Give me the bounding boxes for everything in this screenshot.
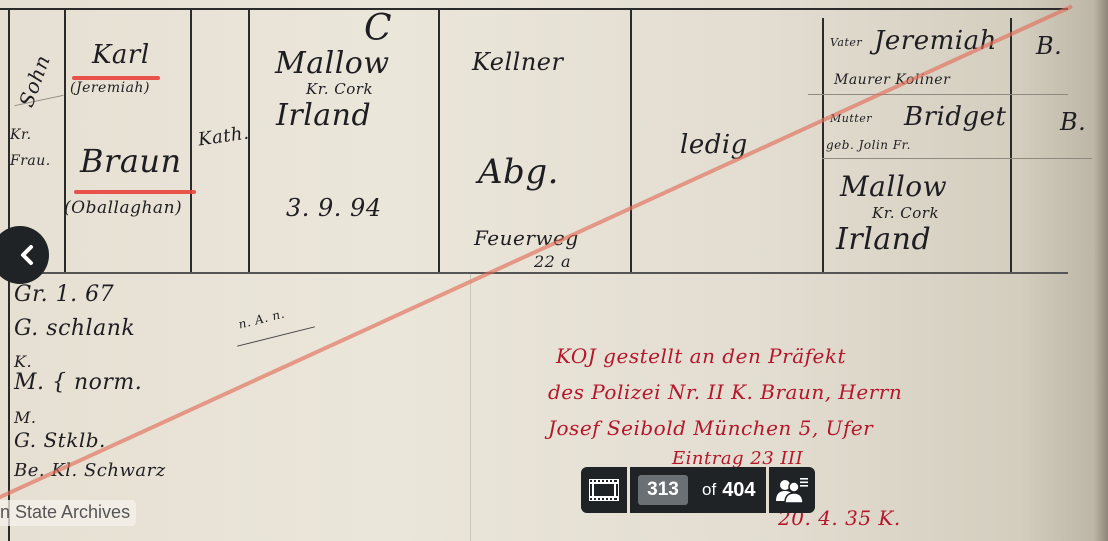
column-divider (190, 8, 192, 272)
parents-country: Irland (836, 222, 931, 257)
people-list-icon (775, 476, 809, 504)
filmstrip-button[interactable] (581, 467, 627, 513)
father-name: Jeremiah (874, 26, 997, 56)
note-line: Gr. 1. 67 (14, 282, 114, 307)
birthplace-country: Irland (276, 98, 371, 133)
note-line: M. { norm. (14, 370, 142, 395)
viewer-toolbar: 313 of 404 (581, 467, 815, 513)
surname: Braun (80, 142, 182, 180)
note-line: M. (14, 408, 36, 427)
note-line: K. (14, 352, 32, 371)
marital-status: ledig (680, 130, 748, 160)
red-note-line: Eintrag 23 III (672, 448, 803, 469)
given-name: Karl (92, 40, 150, 70)
correction-mark: C (364, 8, 392, 49)
trade-entry: Kellner (472, 48, 563, 76)
mother-name: Bridget (904, 102, 1006, 132)
note-line: G. Stklb. (14, 428, 106, 452)
address-number: 22 a (534, 252, 571, 271)
people-list-button[interactable] (769, 467, 815, 513)
table-bottom-rule (0, 272, 1068, 274)
given-name-alt: (Jeremiah) (70, 80, 150, 96)
note-line: G. schlank (14, 316, 135, 341)
table-top-rule (0, 8, 1068, 10)
religion-entry: Kr. Frau. (10, 122, 60, 174)
column-divider (630, 8, 632, 272)
red-note-line: Josef Seibold München 5, Ufer (548, 416, 873, 440)
column-guide (470, 274, 471, 541)
column-divider (438, 8, 440, 272)
small-note: n. A. n. (237, 306, 286, 331)
surname-underline (74, 190, 196, 194)
document-scan: Sohn Kr. Frau. Karl (Jeremiah) Braun (Ob… (0, 0, 1108, 541)
occupation-entry: Kath. (197, 123, 251, 151)
column-divider (1010, 18, 1012, 272)
mother-mark: B. (1060, 108, 1086, 136)
red-note-line: KOJ gestellt an den Präfekt (556, 344, 846, 368)
red-note-line: des Polizei Nr. II K. Braun, Herrn (548, 380, 902, 404)
filmstrip-icon (588, 478, 620, 502)
current-page-input[interactable]: 313 (638, 475, 688, 505)
father-label: Vater (830, 36, 862, 49)
column-divider (822, 18, 824, 272)
of-label: of (702, 480, 716, 500)
page-counter: 313 of 404 (630, 467, 766, 513)
birthplace-county: Kr. Cork (306, 80, 373, 98)
column-divider (64, 8, 66, 272)
total-pages: 404 (722, 479, 755, 502)
father-mark: B. (1036, 32, 1062, 60)
birth-date: 3. 9. 94 (286, 194, 382, 222)
archive-watermark: n State Archives (0, 500, 136, 526)
row-divider (822, 158, 1092, 159)
status-entry: Sohn (14, 52, 55, 110)
parents-place: Mallow (840, 170, 947, 203)
address-prefix: Abg. (478, 152, 559, 192)
birthplace: Mallow (275, 46, 390, 81)
mother-maiden: geb. Jolin Fr. (826, 138, 911, 152)
parents-county: Kr. Cork (872, 204, 939, 222)
row-divider (808, 94, 1068, 95)
surname-alt: (Oballaghan) (64, 198, 182, 218)
chevron-left-icon (17, 244, 39, 266)
